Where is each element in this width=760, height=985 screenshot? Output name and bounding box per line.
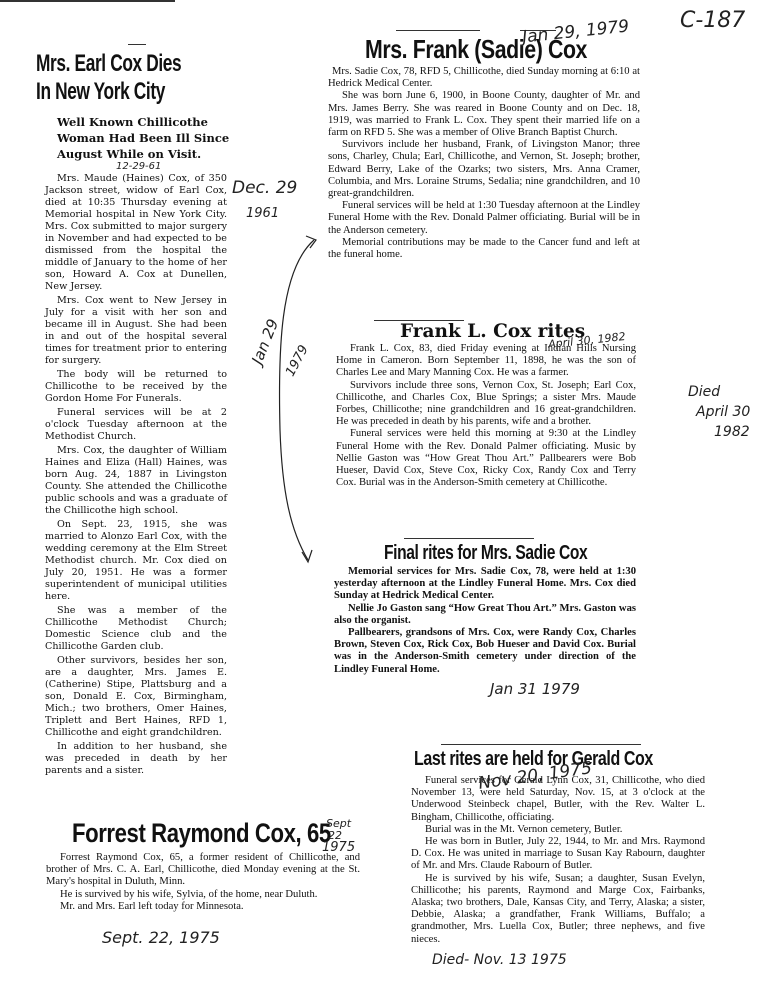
handwritten-died-note: Died- Nov. 13 1975 xyxy=(432,952,567,968)
handwritten-died-note: Died April 30 1982 xyxy=(688,382,750,442)
paragraph: Survivors include her husband, Frank, of… xyxy=(328,139,640,200)
paragraph: Frank L. Cox, 83, died Friday evening at… xyxy=(336,343,636,380)
subhead-line: Woman Had Been Ill Since xyxy=(57,130,236,146)
article-body: Mrs. Sadie Cox, 78, RFD 5, Chillicothe, … xyxy=(328,66,640,261)
paragraph: He is survived by his wife, Sylvia, of t… xyxy=(46,889,360,901)
handwritten-date: Jan 31 1979 xyxy=(490,680,580,698)
clipping-forrest-cox: Forrest Raymond Cox, 65 Forrest Raymond … xyxy=(46,818,332,913)
paragraph: On Sept. 23, 1915, she was married to Al… xyxy=(45,519,227,603)
article-body: Frank L. Cox, 83, died Friday evening at… xyxy=(336,343,636,489)
headline: Final rites for Mrs. Sadie Cox xyxy=(384,541,634,565)
paragraph: He was born in Butler, July 22, 1944, to… xyxy=(411,836,705,873)
paragraph: Memorial contributions may be made to th… xyxy=(328,237,640,261)
article-body: Memorial services for Mrs. Sadie Cox, 78… xyxy=(334,566,636,676)
rule xyxy=(396,30,480,31)
headline-line-1: Mrs. Earl Cox Dies xyxy=(36,50,238,78)
paragraph: Pallbearers, grandsons of Mrs. Cox, were… xyxy=(334,627,636,676)
paragraph: Burial was in the Mt. Vernon cemetery, B… xyxy=(411,824,705,836)
clipping-sadie-cox: Mrs. Frank (Sadie) Cox Mrs. Sadie Cox, 7… xyxy=(328,30,638,261)
paragraph: Mrs. Sadie Cox, 78, RFD 5, Chillicothe, … xyxy=(328,66,640,90)
note-line: Died xyxy=(688,382,750,402)
article-body: Funeral services for Gerald Lynn Cox, 31… xyxy=(411,775,705,946)
headline-line-2: In New York City xyxy=(36,78,238,106)
paragraph: Mrs. Cox went to New Jersey in July for … xyxy=(45,295,227,367)
paragraph: Nellie Jo Gaston sang “How Great Thou Ar… xyxy=(334,603,636,627)
headline: Mrs. Earl Cox Dies In New York City xyxy=(36,50,238,106)
paragraph: In addition to her husband, she was prec… xyxy=(45,741,227,777)
paragraph: The body will be returned to Chillicothe… xyxy=(45,369,227,405)
scan-edge xyxy=(0,0,175,2)
subhead-line: August While on Visit. xyxy=(57,146,236,162)
rule xyxy=(128,44,146,45)
article-body: Mrs. Maude (Haines) Cox, of 350 Jackson … xyxy=(45,173,227,777)
paragraph: Funeral services were held this morning … xyxy=(336,428,636,489)
paragraph: Mrs. Maude (Haines) Cox, of 350 Jackson … xyxy=(45,173,227,293)
note-line: 1975 xyxy=(322,842,355,854)
handwritten-date-side: Dec. 29 xyxy=(232,178,297,198)
paragraph: Memorial services for Mrs. Sadie Cox, 78… xyxy=(334,566,636,603)
paragraph: Mrs. Cox, the daughter of William Haines… xyxy=(45,445,227,517)
subheadline: Well Known Chillicothe Woman Had Been Il… xyxy=(57,114,236,162)
margin-arrow-icon xyxy=(240,230,340,570)
page-reference: C-187 xyxy=(680,8,745,33)
paragraph: Funeral services will be at 2 o'clock Tu… xyxy=(45,407,227,443)
rule xyxy=(404,538,534,539)
paragraph: She was born June 6, 1900, in Boone Coun… xyxy=(328,90,640,139)
handwritten-year-side: 1961 xyxy=(246,206,279,221)
paragraph: Other survivors, besides her son, are a … xyxy=(45,655,227,739)
handwritten-date: 12-29-61 xyxy=(116,162,236,172)
handwritten-date-footer: Sept. 22, 1975 xyxy=(102,928,220,947)
note-line: April 30 xyxy=(696,402,750,422)
paragraph: Funeral services will be held at 1:30 Tu… xyxy=(328,200,640,237)
note-line: 1982 xyxy=(714,422,750,442)
paragraph: He is survived by his wife, Susan; a dau… xyxy=(411,873,705,946)
subhead-line: Well Known Chillicothe xyxy=(57,114,236,130)
rule xyxy=(441,744,641,745)
handwritten-date: Sept 22 1975 xyxy=(326,818,355,854)
paragraph: Forrest Raymond Cox, 65, a former reside… xyxy=(46,852,360,889)
article-body: Forrest Raymond Cox, 65, a former reside… xyxy=(46,852,360,913)
clipping-earl-cox: Mrs. Earl Cox Dies In New York City Well… xyxy=(36,44,236,779)
paragraph: She was a member of the Chillicothe Meth… xyxy=(45,605,227,653)
paragraph: Survivors include three sons, Vernon Cox… xyxy=(336,380,636,429)
paragraph: Mr. and Mrs. Earl left today for Minneso… xyxy=(46,901,360,913)
rule xyxy=(374,320,464,321)
clipping-final-rites-sadie: Final rites for Mrs. Sadie Cox Memorial … xyxy=(334,538,636,676)
